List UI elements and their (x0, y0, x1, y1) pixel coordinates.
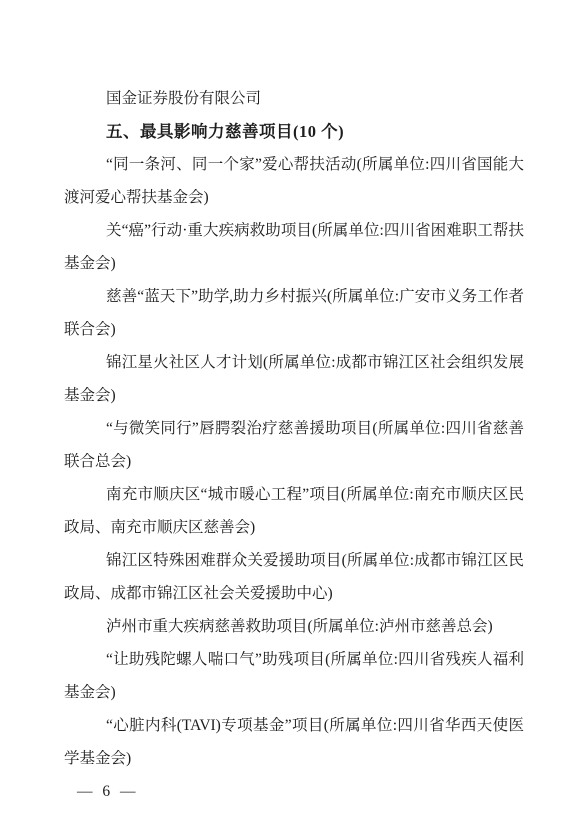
project-item: “与微笑同行”唇腭裂治疗慈善援助项目(所属单位:四川省慈善联合总会) (64, 412, 524, 478)
project-item: “让助残陀螺人喘口气”助残项目(所属单位:四川省残疾人福利基金会) (64, 643, 524, 709)
project-item: “同一条河、同一个家”爱心帮扶活动(所属单位:四川省国能大渡河爱心帮扶基金会) (64, 148, 524, 214)
project-item: 慈善“蓝天下”助学,助力乡村振兴(所属单位:广安市义务工作者联合会) (64, 280, 524, 346)
project-item: 锦江星火社区人才计划(所属单位:成都市锦江区社会组织发展基金会) (64, 346, 524, 412)
section-heading: 五、最具影响力慈善项目(10 个) (64, 115, 524, 148)
project-item: 关“癌”行动·重大疾病救助项目(所属单位:四川省困难职工帮扶基金会) (64, 214, 524, 280)
document-page: 国金证券股份有限公司 五、最具影响力慈善项目(10 个) “同一条河、同一个家”… (0, 0, 587, 832)
page-number: — 6 — (64, 775, 524, 808)
project-item: 锦江区特殊困难群众关爱援助项目(所属单位:成都市锦江区民政局、成都市锦江区社会关… (64, 544, 524, 610)
project-item: 泸州市重大疾病慈善救助项目(所属单位:泸州市慈善总会) (64, 610, 524, 643)
company-line: 国金证券股份有限公司 (64, 82, 524, 115)
project-item: 南充市顺庆区“城市暖心工程”项目(所属单位:南充市顺庆区民政局、南充市顺庆区慈善… (64, 478, 524, 544)
project-item: “心脏内科(TAVI)专项基金”项目(所属单位:四川省华西天使医学基金会) (64, 709, 524, 775)
